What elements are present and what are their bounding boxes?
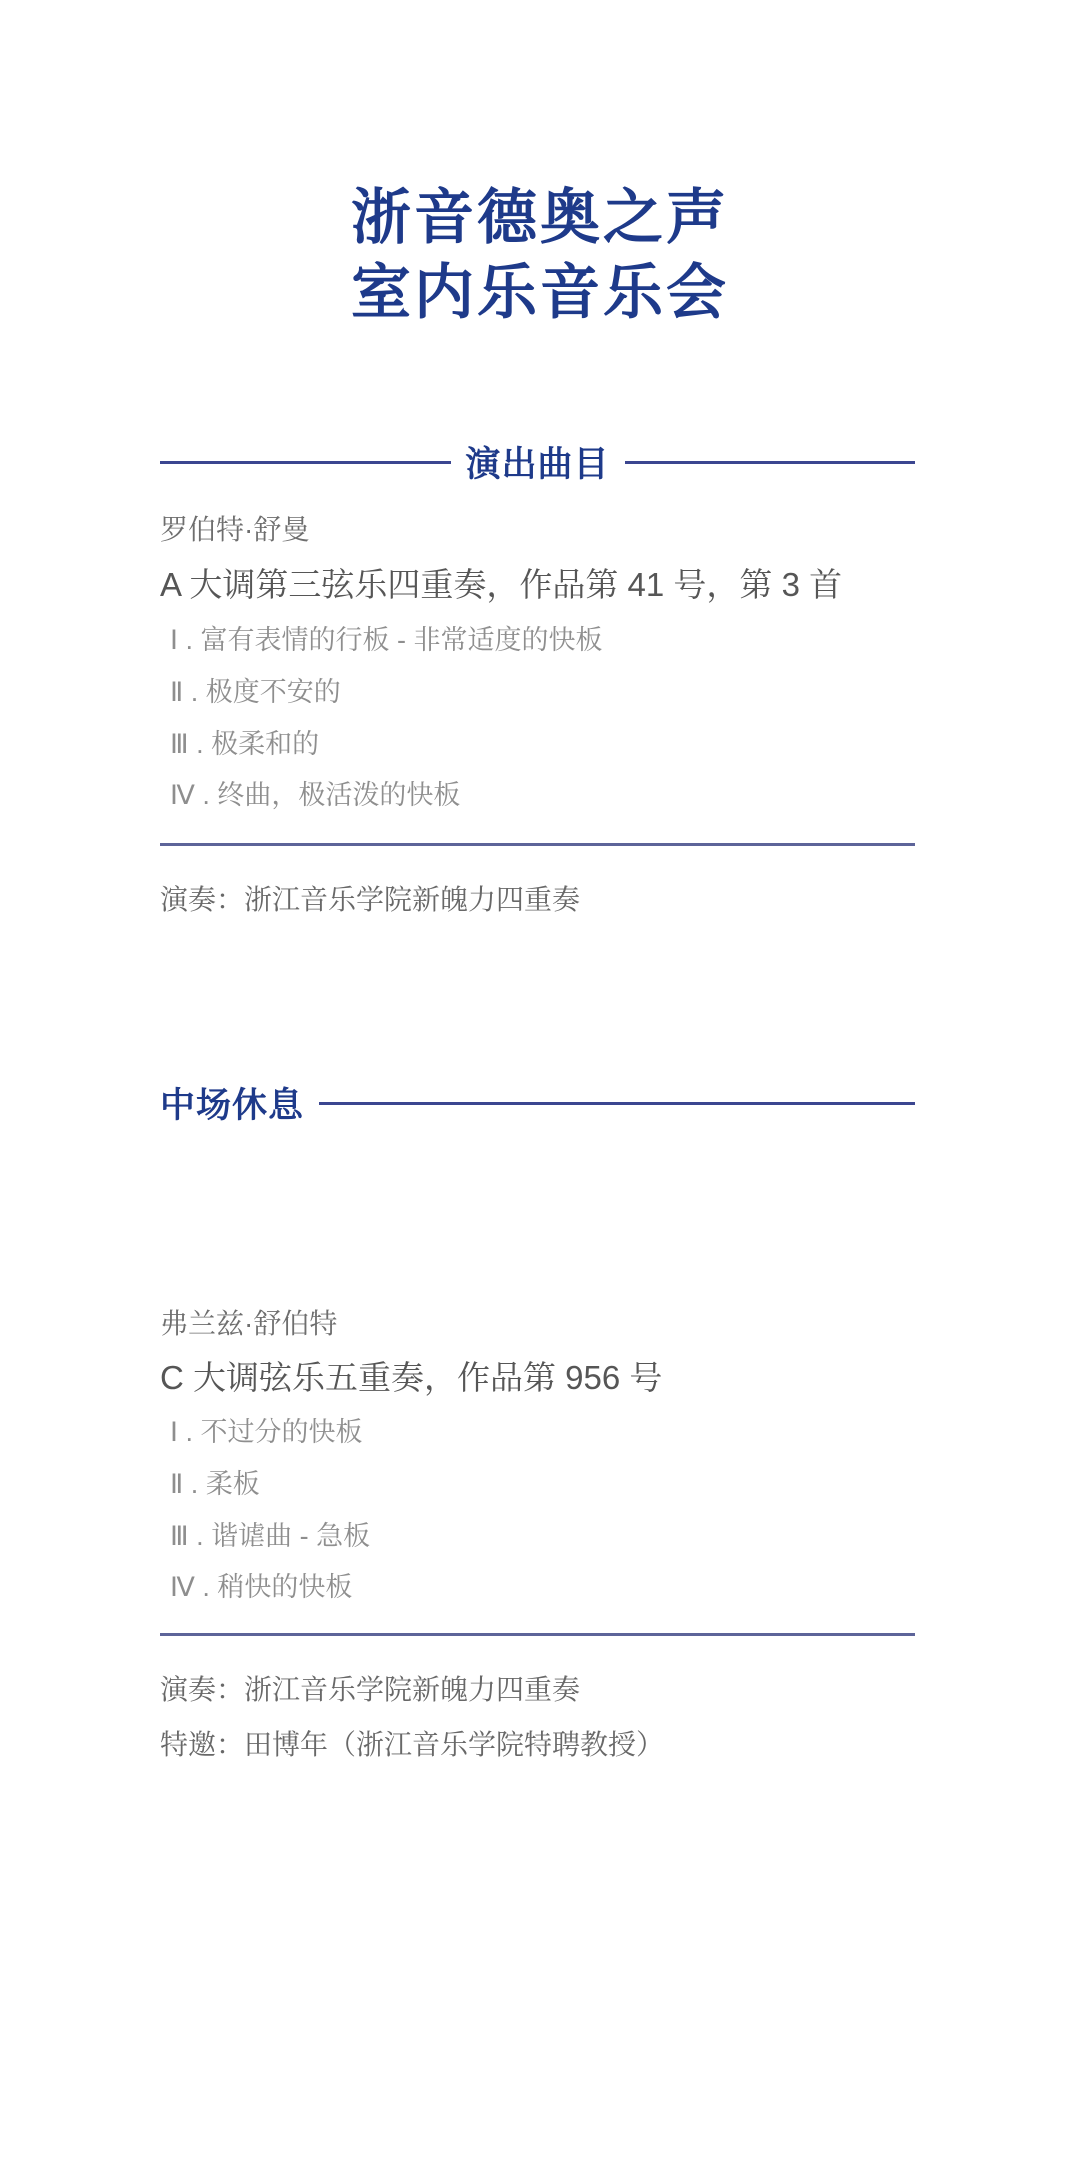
header-rule-right bbox=[625, 461, 916, 464]
guest-line: 特邀：田博年（浙江音乐学院特聘教授） bbox=[160, 1723, 664, 1763]
intermission-band: 中场休息 bbox=[160, 1078, 915, 1128]
performers-line-2: 演奏：浙江音乐学院新魄力四重奏 bbox=[160, 1668, 580, 1708]
movement-item: Ⅰ . 富有表情的行板 - 非常适度的快板 bbox=[170, 618, 602, 657]
section-divider-2 bbox=[160, 1633, 915, 1636]
movement-item: Ⅱ . 极度不安的 bbox=[170, 670, 341, 709]
header-rule-left bbox=[160, 461, 451, 464]
intermission-label: 中场休息 bbox=[160, 1078, 304, 1128]
movement-item: Ⅳ . 终曲，极活泼的快板 bbox=[170, 773, 460, 812]
piece-title-2: C 大调弦乐五重奏，作品第 956 号 bbox=[160, 1352, 662, 1399]
movement-item: Ⅳ . 稍快的快板 bbox=[170, 1565, 352, 1604]
movement-item: Ⅲ . 谐谑曲 - 急板 bbox=[170, 1514, 370, 1553]
performers-line-1: 演奏：浙江音乐学院新魄力四重奏 bbox=[160, 878, 580, 918]
movement-item: Ⅱ . 柔板 bbox=[170, 1462, 260, 1501]
section-divider-1 bbox=[160, 843, 915, 846]
movement-item: Ⅰ . 不过分的快板 bbox=[170, 1410, 362, 1449]
movement-item: Ⅲ . 极柔和的 bbox=[170, 722, 319, 761]
piece-title-1: A 大调第三弦乐四重奏，作品第 41 号，第 3 首 bbox=[160, 559, 842, 606]
program-section-title: 演出曲目 bbox=[466, 437, 610, 487]
page-title-line2: 室内乐音乐会 bbox=[0, 256, 1080, 331]
intermission-rule bbox=[319, 1102, 915, 1105]
composer-name-2: 弗兰兹·舒伯特 bbox=[160, 1302, 337, 1342]
program-section-header: 演出曲目 bbox=[160, 437, 915, 487]
composer-name-1: 罗伯特·舒曼 bbox=[160, 508, 309, 548]
page-title: 浙音德奥之声 室内乐音乐会 bbox=[0, 181, 1080, 331]
concert-program-page: 浙音德奥之声 室内乐音乐会 演出曲目 罗伯特·舒曼 A 大调第三弦乐四重奏，作品… bbox=[0, 0, 1080, 2160]
page-title-line1: 浙音德奥之声 bbox=[0, 181, 1080, 256]
